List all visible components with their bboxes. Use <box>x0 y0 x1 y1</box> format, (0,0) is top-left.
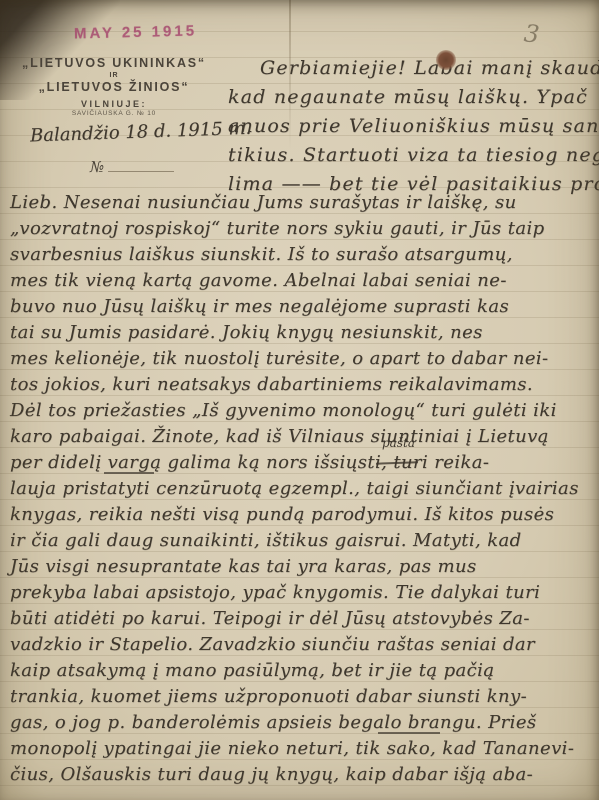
handwritten-line: kad negaunate mūsų laiškų. Ypač <box>228 83 595 112</box>
interlinear-insert-word: pašta <box>382 436 415 450</box>
handwritten-line: trankia, kuomet jiems užproponuoti dabar… <box>10 684 599 710</box>
letterhead-conjunction: IR <box>8 72 220 79</box>
handwritten-line: buvo nuo Jūsų laiškų ir mes negalėjome s… <box>10 294 599 320</box>
handwritten-line: ir čia gali daug sunaikinti, ištikus gai… <box>10 528 599 554</box>
handwritten-line: knygas, reikia nešti visą pundą parodymu… <box>10 502 599 528</box>
handwritten-line: kaip atsakymą į mano pasiūlymą, bet ir j… <box>10 658 599 684</box>
pencil-page-number: 3 <box>523 19 541 48</box>
letter-intro-block: Gerbiamiejie! Labai manį skauda, kad neg… <box>228 54 595 199</box>
handwritten-line: būti atidėti po karui. Teipogi ir dėl Jū… <box>10 606 599 632</box>
handwritten-line: karo pabaigai. Žinote, kad iš Vilniaus s… <box>10 424 599 450</box>
handwritten-line: mes tik vieną kartą gavome. Abelnai laba… <box>10 268 599 294</box>
handwritten-line: lauja pristatyti cenzūruotą egzempl., ta… <box>10 476 599 502</box>
handwritten-date: Balandžio 18 d. 1915 m. <box>30 119 231 147</box>
letterhead-title-lietuvos-zinios: „LIETUVOS ŽINIOS“ <box>8 80 220 94</box>
handwritten-line: tai su Jumis pasidarė. Jokių knygų nesiu… <box>10 320 599 346</box>
underline-mark <box>104 472 154 474</box>
handwritten-line: monopolį ypatingai jie nieko neturi, tik… <box>10 736 599 762</box>
handwritten-line: svarbesnius laiškus siunskit. Iš to sura… <box>10 242 599 268</box>
handwritten-line: Dėl tos priežasties „Iš gyvenimo monolog… <box>10 398 599 424</box>
ink-stain-hole <box>436 50 456 70</box>
handwritten-line: mes kelionėje, tik nuostolį turėsite, o … <box>10 346 599 372</box>
letterhead-city: VILNIUJE: <box>8 99 220 109</box>
handwritten-line: gas, o jog p. banderolėmis apsieis begal… <box>10 710 599 736</box>
number-blank-line <box>108 159 174 172</box>
handwritten-line: tikius. Startuoti viza ta tiesiog nega- <box>228 141 595 170</box>
handwritten-line: Jūs visgi nesuprantate kas tai yra karas… <box>10 554 599 580</box>
scanned-letter-page: MAY 25 1915 3 „LIETUVOS UKININKAS“ IR „L… <box>0 0 599 800</box>
underline-mark <box>378 732 440 734</box>
document-number-field: № <box>90 158 174 176</box>
letterhead-block: „LIETUVOS UKININKAS“ IR „LIETUVOS ŽINIOS… <box>8 56 220 117</box>
number-sign: № <box>90 158 104 176</box>
handwritten-line: Lieb. Nesenai nusiunčiau Jums surašytas … <box>10 190 599 216</box>
letterhead-title-lietuvos-ukininkas: „LIETUVOS UKININKAS“ <box>8 56 220 70</box>
letter-body-block: Lieb. Nesenai nusiunčiau Jums surašytas … <box>10 190 599 788</box>
handwritten-line: vadzkio ir Stapelio. Zavadzkio siunčiu r… <box>10 632 599 658</box>
handwritten-line: per didelį vargą galima ką nors išsiųsti… <box>10 450 599 476</box>
handwritten-line: „vozvratnoj rospiskoj“ turite nors sykiu… <box>10 216 599 242</box>
date-received-stamp: MAY 25 1915 <box>74 22 197 42</box>
handwritten-line: anuos prie Veliuoniškius mūsų san- <box>228 112 595 141</box>
handwritten-line: čius, Olšauskis turi daug jų knygų, kaip… <box>10 762 599 788</box>
letterhead-address: SAVIČIAUSKA G. № 10 <box>8 110 220 117</box>
handwritten-line: prekyba labai apsistojo, ypač knygomis. … <box>10 580 599 606</box>
handwritten-line: Gerbiamiejie! Labai manį skauda, <box>228 54 595 83</box>
handwritten-line: tos jokios, kuri neatsakys dabartiniems … <box>10 372 599 398</box>
